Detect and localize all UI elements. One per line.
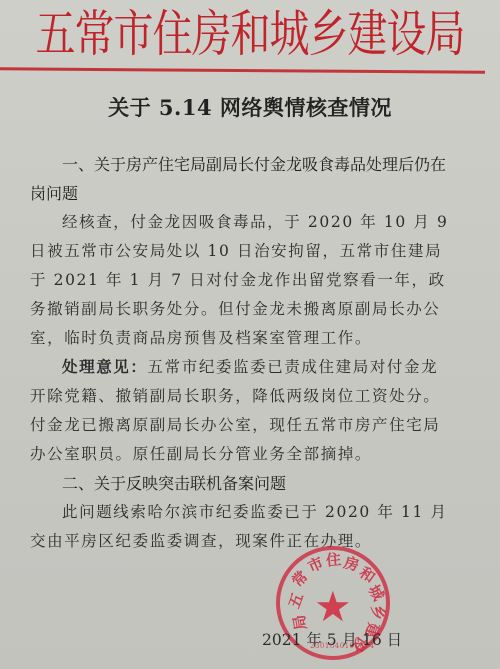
opinion-label: 处理意见： <box>62 358 148 376</box>
section-heading: 二、关于反映突击联机备案问题 <box>30 469 450 498</box>
section-heading: 一、关于房产住宅局副局长付金龙吸食毒品处理后仍在岗问题 <box>30 150 450 208</box>
document-date: 2021 年 5 月 16 日 <box>262 628 402 650</box>
document-page: 五常市住房和城乡建设局 关于 5.14 网络舆情核查情况 一、关于房产住宅局副局… <box>0 0 500 669</box>
paragraph: 此问题线索哈尔滨市纪委监委已于 2020 年 11 月交由平房区纪委监委调查，现… <box>30 498 450 556</box>
paragraph: 经核查，付金龙因吸食毒品，于 2020 年 10 月 9 日被五常市公安局处以 … <box>30 208 450 353</box>
seal-char: 乡 <box>367 603 390 621</box>
section-1: 一、关于房产住宅局副局长付金龙吸食毒品处理后仍在岗问题 经核查，付金龙因吸食毒品… <box>30 150 450 556</box>
seal-char: 市 <box>304 552 326 577</box>
seal-char: 住 <box>325 548 342 570</box>
opinion-paragraph: 处理意见：五常市纪委监委已责成住建局对付金龙开除党籍、撤销副局长职务，降低两级岗… <box>30 353 450 469</box>
seal-char: 五 <box>283 590 308 611</box>
seal-char: 常 <box>287 566 312 591</box>
document-title: 关于 5.14 网络舆情核查情况 <box>0 92 500 122</box>
header-divider <box>0 67 485 73</box>
star-icon: ★ <box>314 586 352 628</box>
issuer-header: 五常市住房和城乡建设局 <box>0 2 500 67</box>
